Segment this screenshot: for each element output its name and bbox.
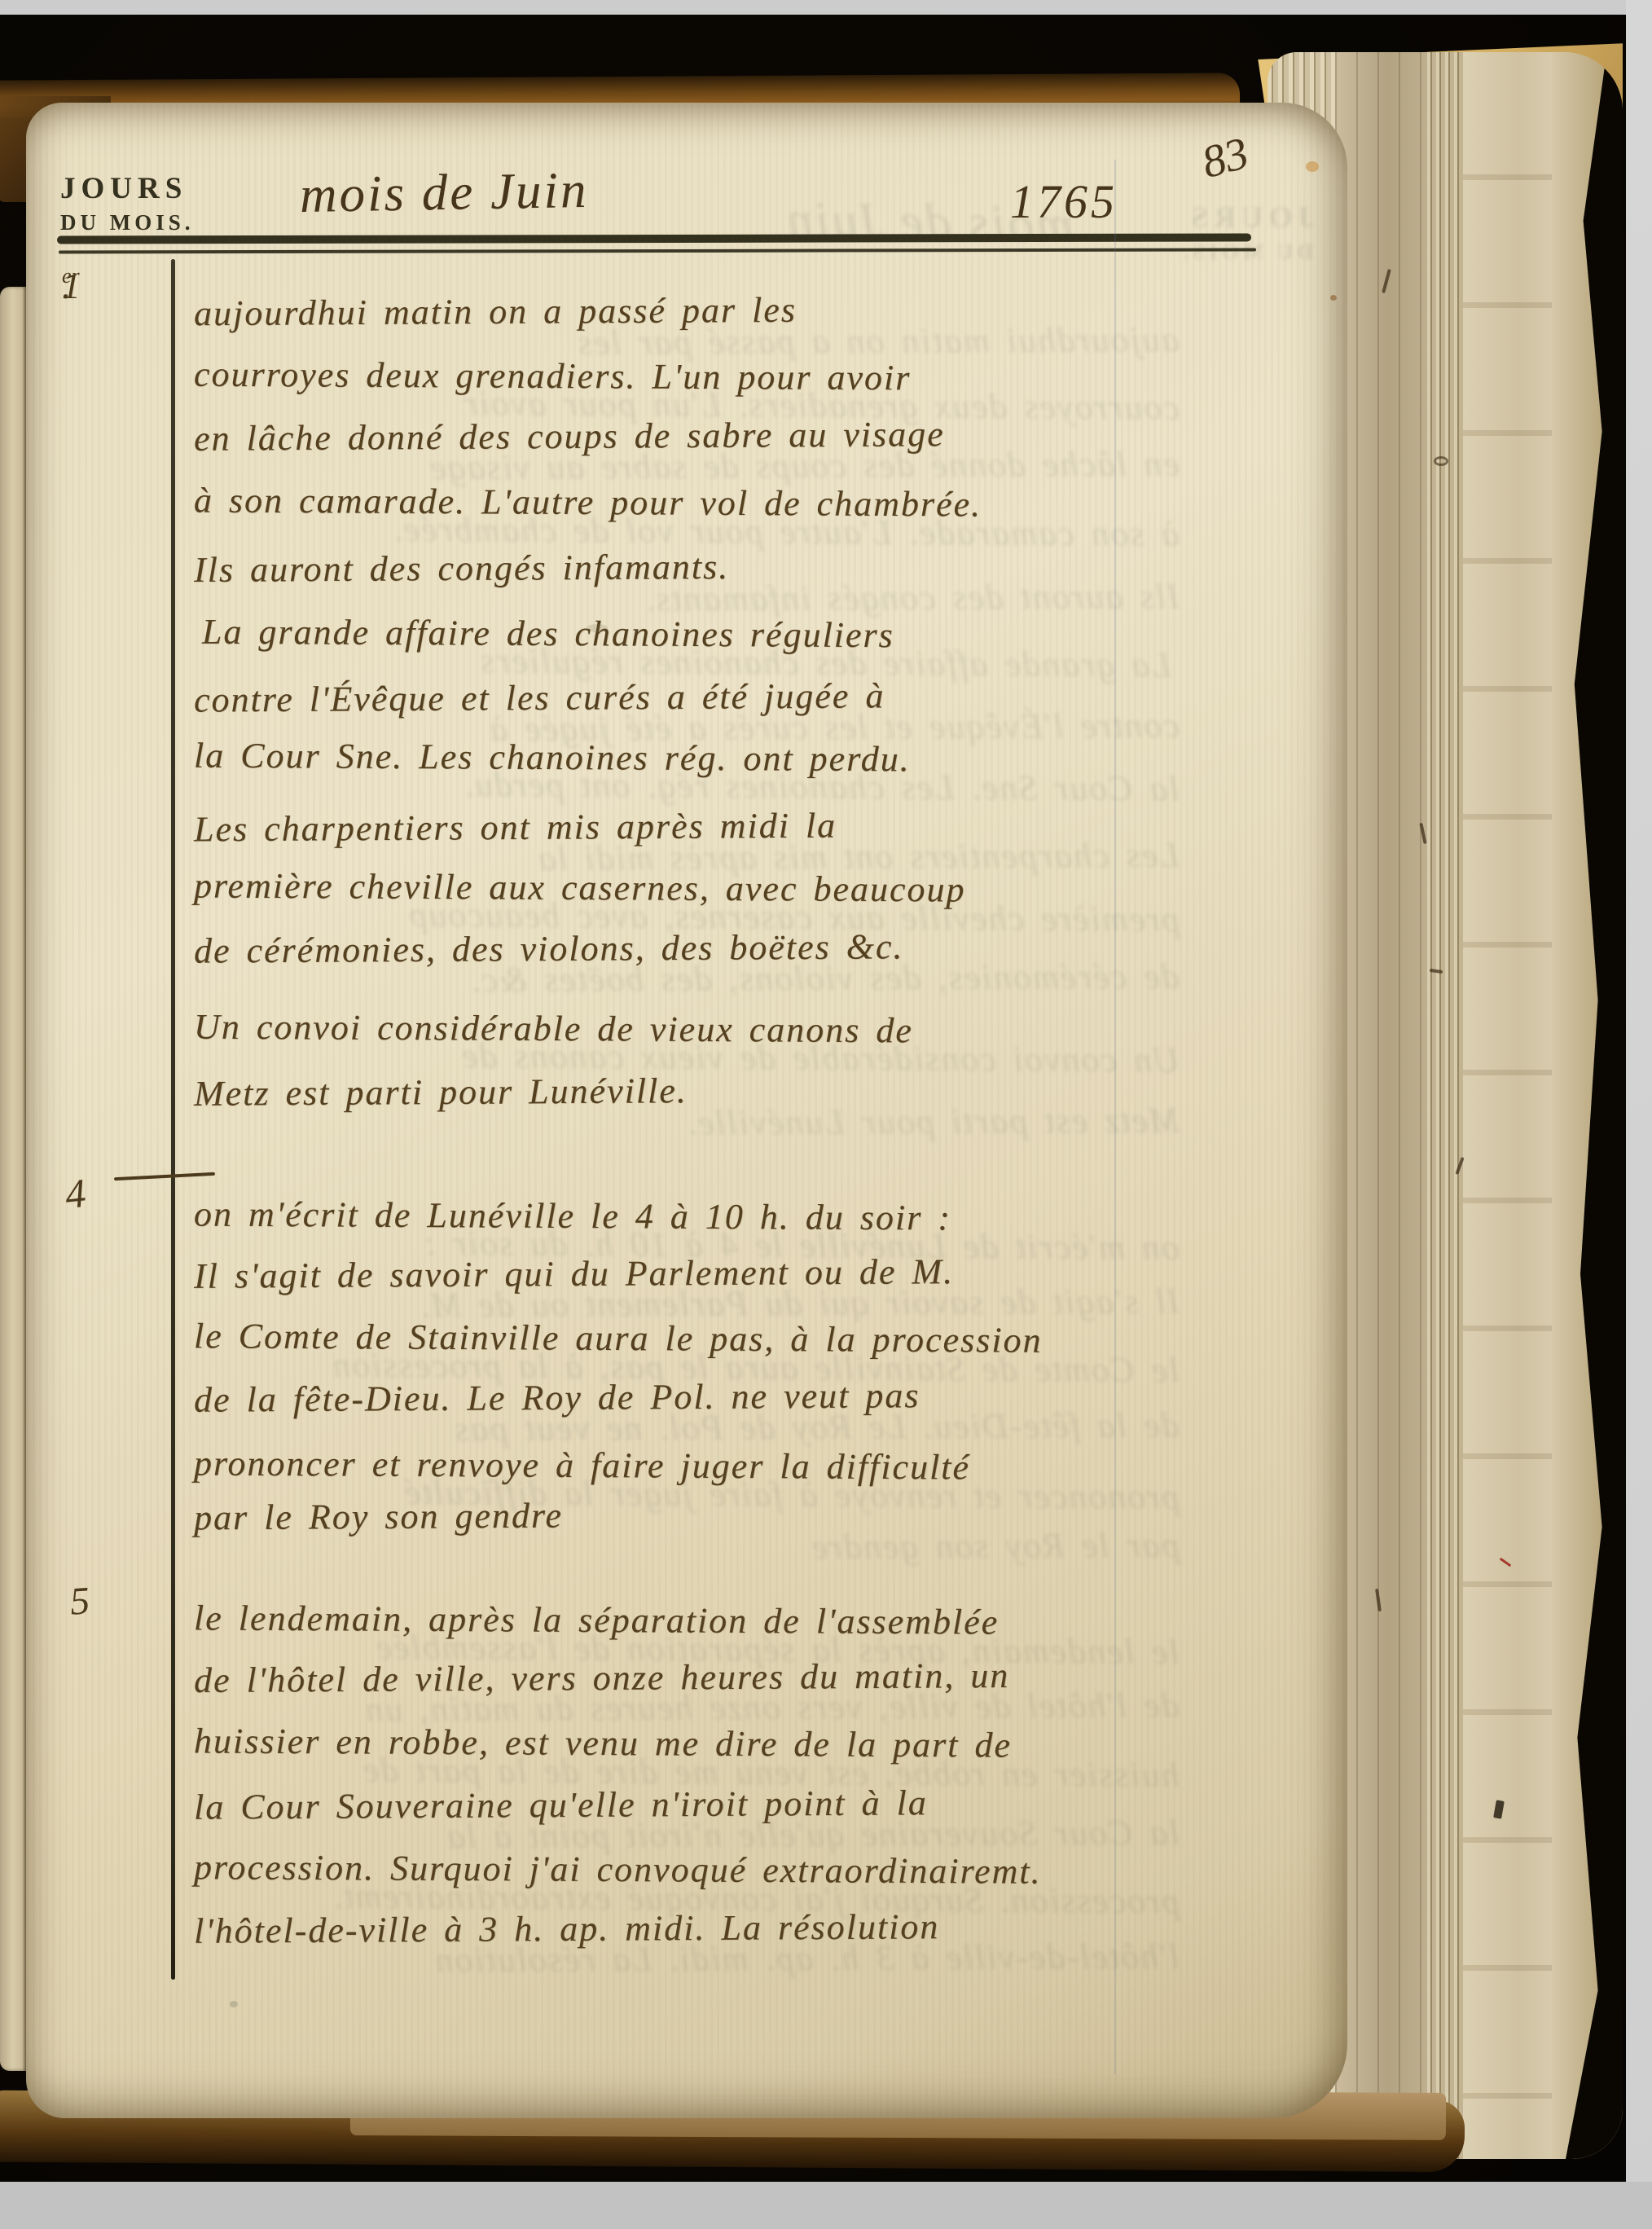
- page-edge-ridges: [1427, 52, 1466, 2159]
- entry-line: Metz est parti pour Lunéville.: [194, 1062, 688, 1123]
- foxing-stain: [230, 2001, 238, 2007]
- entry-line: Les charpentiers ont mis après midi la: [194, 798, 837, 859]
- entry-line: de cérémonies, des violons, des boëtes &…: [194, 918, 904, 979]
- mat-strip-top: [0, 0, 1652, 15]
- entry-line: le lendemain, après la séparation de l'a…: [194, 1589, 1000, 1651]
- entry-line: la Cour Sne. Les chanoines rég. ont perd…: [194, 728, 911, 789]
- entry-line: Il s'agit de savoir qui du Parlement ou …: [194, 1243, 954, 1305]
- entry-line: procession. Surquoi j'ai convoqué extrao…: [194, 1839, 1042, 1900]
- entry-line: l'hôtel-de-ville à 3 h. ap. midi. La rés…: [194, 1898, 940, 1960]
- entry-line: aujourdhui matin on a passé par les: [194, 282, 797, 343]
- entry-line: par le Roy son gendre: [194, 1488, 563, 1547]
- foxing-stain: [1306, 161, 1319, 172]
- entry-line: le Comte de Stainville aura le pas, à la…: [194, 1308, 1043, 1369]
- entry-line: huissier en robbe, est venu me dire de l…: [194, 1712, 1012, 1774]
- entries-text: aujourdhui matin on a passé par les cour…: [26, 103, 1347, 2118]
- foxing-stain: [1330, 295, 1337, 301]
- entry-line: de la fête-Dieu. Le Roy de Pol. ne veut …: [194, 1367, 920, 1428]
- manuscript-photo: JOURSDU MOIS.mois de Juinaujourdhui mati…: [0, 0, 1652, 2229]
- entry-line: Un convoi considérable de vieux canons d…: [194, 999, 913, 1060]
- entry-line: la Cour Souveraine qu'elle n'iroit point…: [194, 1774, 928, 1836]
- entry-line: on m'écrit de Lunéville le 4 à 10 h. du …: [194, 1186, 951, 1247]
- entry-line: contre l'Évêque et les curés a été jugée…: [194, 667, 885, 728]
- entry-line: La grande affaire des chanoines régulier…: [202, 604, 894, 664]
- entry-line: en lâche donné des coups de sabre au vis…: [194, 406, 945, 468]
- journal-page: JOURSDU MOIS.mois de Juinaujourdhui mati…: [26, 103, 1347, 2118]
- ink-bleed-mark: [1434, 456, 1448, 466]
- page-edge-light-strip: [1463, 52, 1555, 2159]
- entry-line: de l'hôtel de ville, vers onze heures du…: [194, 1647, 1010, 1709]
- smudge-stain: [587, 624, 608, 632]
- entry-line: courroyes deux grenadiers. L'un pour avo…: [194, 346, 912, 407]
- facing-page-sliver: [0, 287, 28, 2071]
- mat-strip-bottom: [0, 2182, 1652, 2229]
- page-edge-worn-strip: [1335, 52, 1431, 2159]
- entry-line: prononcer et renvoye à faire juger la di…: [194, 1435, 970, 1497]
- entry-line: première cheville aux casernes, avec bea…: [194, 858, 966, 919]
- entry-line: Ils auront des congés infamants.: [194, 539, 730, 599]
- entry-line: à son camarade. L'autre pour vol de cham…: [194, 472, 982, 533]
- mat-strip-right: [1626, 0, 1652, 2229]
